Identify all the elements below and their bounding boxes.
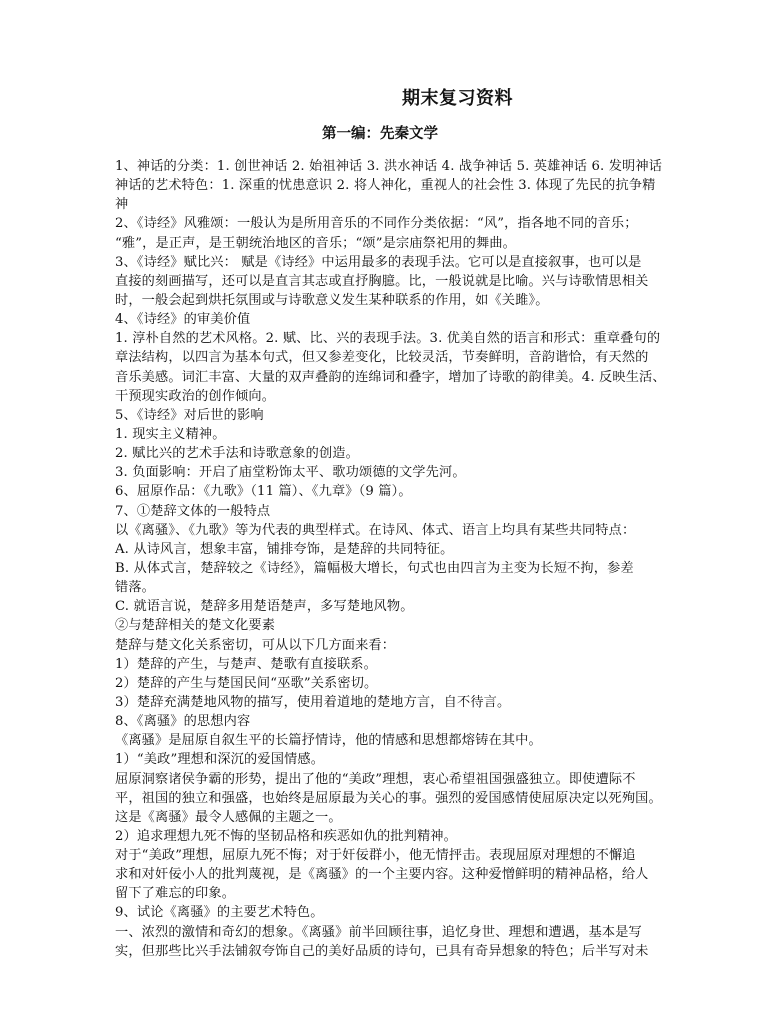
text-line: 3、《诗经》赋比兴： 赋是《诗经》中运用最多的表现手法。它可以是直接叙事，也可以… bbox=[115, 253, 655, 272]
text-line: 一、浓烈的激情和奇幻的想象。《离骚》前半回顾往事，追忆身世、理想和遭遇，基本是写 bbox=[115, 923, 655, 942]
text-line: 错落。 bbox=[115, 578, 655, 597]
text-line: 实，但那些比兴手法铺叙夸饰自己的美好品质的诗句，已具有奇异想象的特色；后半写对未 bbox=[115, 942, 655, 961]
text-line: 平，祖国的独立和强盛，也始终是屈原最为关心的事。强烈的爱国感情使屈原决定以死殉国… bbox=[115, 789, 655, 808]
text-line: 3. 负面影响：开启了庙堂粉饰太平、歌功颂德的文学先河。 bbox=[115, 463, 655, 482]
text-line: 留下了难忘的印象。 bbox=[115, 884, 655, 903]
text-line: 8、《离骚》的思想内容 bbox=[115, 712, 655, 731]
text-line: 干预现实政治的创作倾向。 bbox=[115, 387, 655, 406]
text-line: ②与楚辞相关的楚文化要素 bbox=[115, 616, 655, 635]
text-line: B. 从体式言，楚辞较之《诗经》，篇幅极大增长，句式也由四言为主变为长短不拘，参… bbox=[115, 559, 655, 578]
text-line: 神话的艺术特色：1. 深重的忧患意识 2. 将人神化，重视人的社会性 3. 体现… bbox=[115, 176, 655, 195]
text-line: 2）追求理想九死不悔的坚韧品格和疾恶如仇的批判精神。 bbox=[115, 827, 655, 846]
text-line: 以《离骚》、《九歌》等为代表的典型样式。在诗风、体式、语言上均具有某些共同特点： bbox=[115, 521, 655, 540]
text-line: 求和对奸佞小人的批判蔑视，是《离骚》的一个主要内容。这种爱憎鲜明的精神品格，给人 bbox=[115, 865, 655, 884]
text-line: 6、屈原作品：《九歌》（11 篇）、《九章》（9 篇）。 bbox=[115, 482, 655, 501]
text-line: 楚辞与楚文化关系密切，可从以下几方面来看： bbox=[115, 636, 655, 655]
text-line: 神 bbox=[115, 195, 655, 214]
text-line: 对于“美政”理想，屈原九死不悔；对于奸佞群小，他无情抨击。表现屈原对理想的不懈追 bbox=[115, 846, 655, 865]
text-line: A. 从诗风言，想象丰富，铺排夸饰，是楚辞的共同特征。 bbox=[115, 540, 655, 559]
document-title: 期末复习资料 bbox=[402, 84, 513, 110]
text-line: 《离骚》是屈原自叙生平的长篇抒情诗，他的情感和思想都熔铸在其中。 bbox=[115, 731, 655, 750]
text-line: 4、《诗经》的审美价值 bbox=[115, 310, 655, 329]
text-line: 屈原洞察诸侯争霸的形势，提出了他的“美政”理想，衷心希望祖国强盛独立。即使遭际不 bbox=[115, 770, 655, 789]
text-line: 1. 现实主义精神。 bbox=[115, 425, 655, 444]
text-line: C. 就语言说，楚辞多用楚语楚声，多写楚地风物。 bbox=[115, 597, 655, 616]
text-line: 2）楚辞的产生与楚国民间“巫歌”关系密切。 bbox=[115, 674, 655, 693]
text-line: 1. 淳朴自然的艺术风格。2. 赋、比、兴的表现手法。3. 优美自然的语言和形式… bbox=[115, 329, 655, 348]
text-line: 这是《离骚》最令人感佩的主题之一。 bbox=[115, 808, 655, 827]
text-line: 1）“美政”理想和深沉的爱国情感。 bbox=[115, 750, 655, 769]
text-line: 时，一般会起到烘托氛围或与诗歌意义发生某种联系的作用，如《关雎》。 bbox=[115, 291, 655, 310]
document-body: 1、神话的分类：1. 创世神话 2. 始祖神话 3. 洪水神话 4. 战争神话 … bbox=[115, 157, 655, 961]
text-line: 7、①楚辞文体的一般特点 bbox=[115, 502, 655, 521]
text-line: 1、神话的分类：1. 创世神话 2. 始祖神话 3. 洪水神话 4. 战争神话 … bbox=[115, 157, 655, 176]
text-line: 章法结构，以四言为基本句式，但又参差变化，比较灵活，节奏鲜明，音韵谐恰，有天然的 bbox=[115, 348, 655, 367]
document-page: 期末复习资料 第一编：先秦文学 1、神话的分类：1. 创世神话 2. 始祖神话 … bbox=[0, 0, 768, 1024]
text-line: 直接的刻画描写，还可以是直言其志或直抒胸臆。比，一般说就是比喻。兴与诗歌情思相关 bbox=[115, 272, 655, 291]
text-line: 1）楚辞的产生，与楚声、楚歌有直接联系。 bbox=[115, 655, 655, 674]
text-line: 2、《诗经》风雅颂：一般认为是所用音乐的不同作分类依据：“风”，指各地不同的音乐… bbox=[115, 214, 655, 233]
text-line: 9、试论《离骚》的主要艺术特色。 bbox=[115, 903, 655, 922]
text-line: 5、《诗经》对后世的影响 bbox=[115, 406, 655, 425]
text-line: 2. 赋比兴的艺术手法和诗歌意象的创造。 bbox=[115, 444, 655, 463]
text-line: 音乐美感。词汇丰富、大量的双声叠韵的连绵词和叠字，增加了诗歌的韵律美。4. 反映… bbox=[115, 368, 655, 387]
text-line: “雅”，是正声，是王朝统治地区的音乐；“颂”是宗庙祭祀用的舞曲。 bbox=[115, 234, 655, 253]
text-line: 3）楚辞充满楚地风物的描写，使用着道地的楚地方言，自不待言。 bbox=[115, 693, 655, 712]
section-heading: 第一编：先秦文学 bbox=[322, 122, 438, 143]
